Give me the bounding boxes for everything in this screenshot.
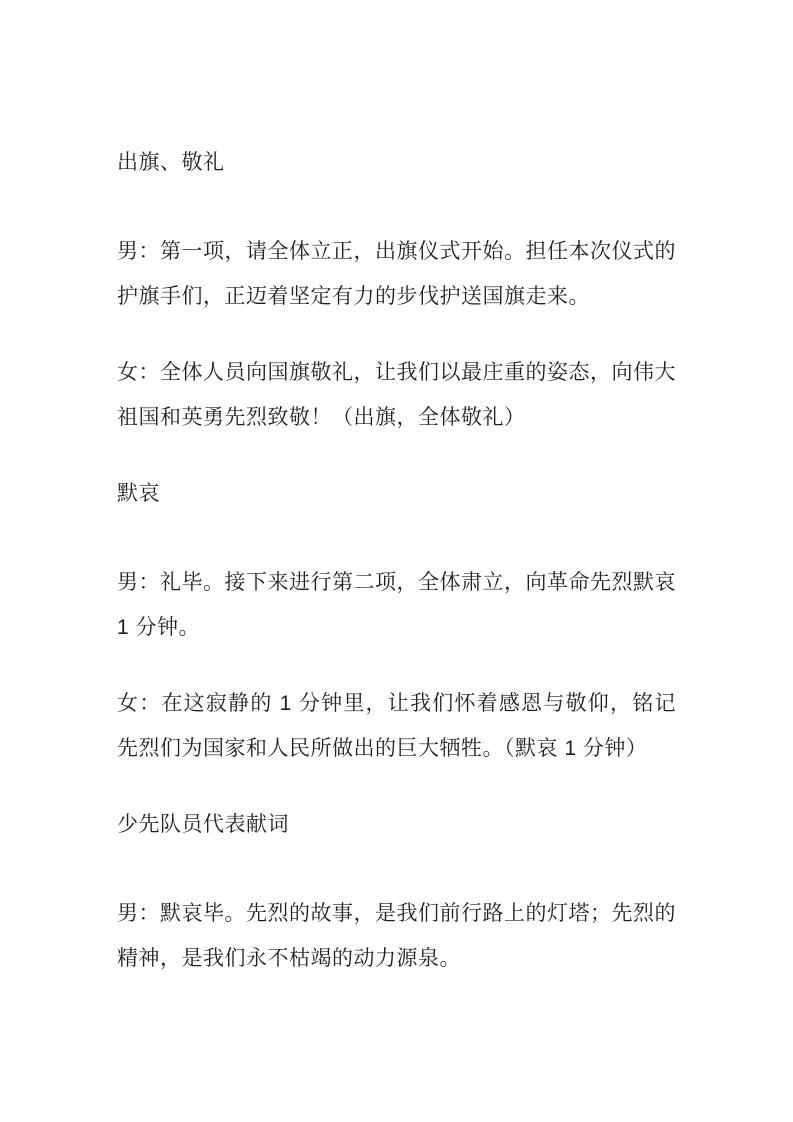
section-heading-flag-ceremony: 出旗、敬礼 bbox=[117, 140, 676, 185]
section-heading-silent-tribute: 默哀 bbox=[117, 471, 676, 516]
dialogue-paragraph-male-silence: 男：礼毕。接下来进行第二项，全体肃立，向革命先烈默哀 1 分钟。 bbox=[117, 560, 676, 650]
dialogue-paragraph-female-salute: 女：全体人员向国旗敬礼，让我们以最庄重的姿态，向伟大祖国和英勇先烈致敬！（出旗，… bbox=[117, 350, 676, 440]
document-page: 出旗、敬礼 男：第一项，请全体立正，出旗仪式开始。担任本次仪式的护旗手们，正迈着… bbox=[0, 0, 793, 1122]
dialogue-paragraph-female-silence: 女：在这寂静的 1 分钟里，让我们怀着感恩与敬仰，铭记先烈们为国家和人民所做出的… bbox=[117, 681, 676, 771]
document-content: 出旗、敬礼 男：第一项，请全体立正，出旗仪式开始。担任本次仪式的护旗手们，正迈着… bbox=[0, 0, 793, 981]
dialogue-paragraph-male-speech: 男：默哀毕。先烈的故事，是我们前行路上的灯塔；先烈的精神，是我们永不枯竭的动力源… bbox=[117, 891, 676, 981]
section-heading-young-pioneers-speech: 少先队员代表献词 bbox=[117, 802, 676, 847]
dialogue-paragraph-male-flag: 男：第一项，请全体立正，出旗仪式开始。担任本次仪式的护旗手们，正迈着坚定有力的步… bbox=[117, 229, 676, 319]
